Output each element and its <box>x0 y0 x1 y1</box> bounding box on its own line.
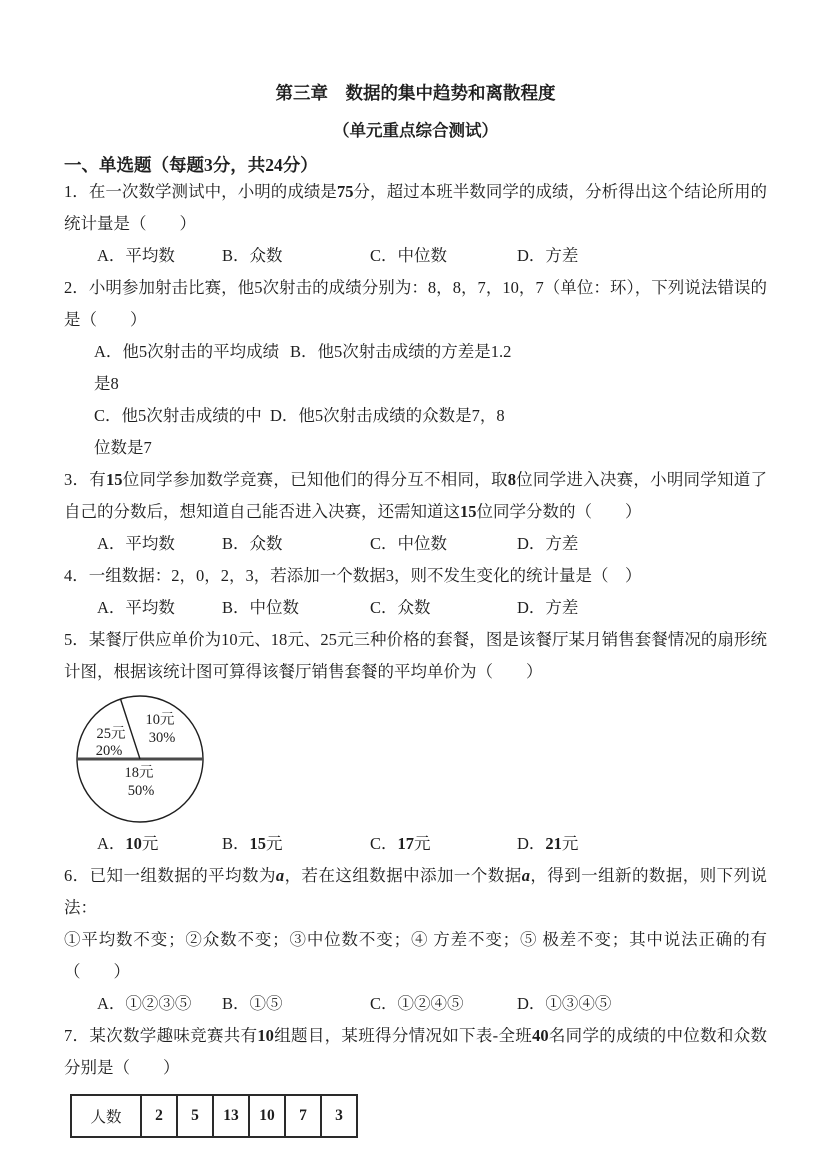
score-table-header-cell: 人数 <box>71 1095 141 1137</box>
question-2-options-row-2: C．他5次射击成绩的中位数是7 D．他5次射击成绩的众数是7，8 <box>64 400 767 464</box>
question-4-option-c: C．众数 <box>370 592 517 624</box>
score-table-cell-6: 3 <box>321 1095 357 1137</box>
score-table-cell-4: 10 <box>249 1095 285 1137</box>
pie-slice-18yuan-label: 18元 <box>125 764 155 781</box>
question-2-option-c: C．他5次射击成绩的中位数是7 <box>94 400 270 464</box>
pie-slice-25yuan-label: 25元 <box>97 725 127 742</box>
question-6-option-a: A．①②③⑤ <box>97 988 222 1020</box>
question-6: 6．已知一组数据的平均数为a，若在这组数据中添加一个数据a，得到一组新的数据，则… <box>64 860 767 1020</box>
document-subtitle: （单元重点综合测试） <box>64 121 767 141</box>
pie-chart-figure: 25元 20% 10元 30% 18元 50% <box>74 691 224 827</box>
pie-slice-10yuan-label: 10元 <box>146 711 176 728</box>
question-1: 1．在一次数学测试中，小明的成绩是75分，超过本班半数同学的成绩，分析得出这个结… <box>64 176 767 272</box>
question-1-option-d: D．方差 <box>517 240 767 272</box>
question-5-text: 5．某餐厅供应单价为10元、18元、25元三种价格的套餐，图是该餐厅某月销售套餐… <box>64 624 767 688</box>
question-1-option-a: A．平均数 <box>97 240 222 272</box>
question-4-text: 4．一组数据：2，0，2，3，若添加一个数据3，则不发生变化的统计量是（ ） <box>64 560 767 592</box>
score-table-cell-2: 5 <box>177 1095 213 1137</box>
question-1-options: A．平均数 B．众数 C．中位数 D．方差 <box>64 240 767 272</box>
score-table-cell-5: 7 <box>285 1095 321 1137</box>
question-7: 7．某次数学趣味竞赛共有10组题目，某班得分情况如下表-全班40名同学的成绩的中… <box>64 1020 767 1138</box>
section-heading: 一、单选题（每题3分，共24分） <box>64 154 767 176</box>
question-3: 3．有15位同学参加数学竞赛，已知他们的得分互不相同，取8位同学进入决赛，小明同… <box>64 464 767 560</box>
question-6-statements: ①平均数不变；②众数不变；③中位数不变；④ 方差不变；⑤ 极差不变；其中说法正确… <box>64 924 767 988</box>
question-5-option-b: B．15元 <box>222 828 370 860</box>
question-5: 5．某餐厅供应单价为10元、18元、25元三种价格的套餐，图是该餐厅某月销售套餐… <box>64 624 767 860</box>
pie-chart-svg: 25元 20% 10元 30% 18元 50% <box>74 691 224 827</box>
question-5-option-a: A．10元 <box>97 828 222 860</box>
question-3-option-a: A．平均数 <box>97 528 222 560</box>
question-4-option-d: D．方差 <box>517 592 767 624</box>
pie-slice-25yuan-percent: 20% <box>96 743 123 759</box>
question-6-option-c: C．①②④⑤ <box>370 988 517 1020</box>
test-paper-page: 第三章 数据的集中趋势和离散程度 （单元重点综合测试） 一、单选题（每题3分，共… <box>0 0 827 1138</box>
question-2-text: 2．小明参加射击比赛，他5次射击的成绩分别为：8，8，7，10，7（单位：环），… <box>64 272 767 336</box>
question-7-text: 7．某次数学趣味竞赛共有10组题目，某班得分情况如下表-全班40名同学的成绩的中… <box>64 1020 767 1084</box>
question-3-option-c: C．中位数 <box>370 528 517 560</box>
score-table-cell-3: 13 <box>213 1095 249 1137</box>
question-5-option-d: D．21元 <box>517 828 767 860</box>
question-3-option-d: D．方差 <box>517 528 767 560</box>
question-1-option-c: C．中位数 <box>370 240 517 272</box>
question-5-option-c: C．17元 <box>370 828 517 860</box>
question-5-options: A．10元 B．15元 C．17元 D．21元 <box>64 828 767 860</box>
question-3-option-b: B．众数 <box>222 528 370 560</box>
score-table-cell-1: 2 <box>141 1095 177 1137</box>
score-table: 人数 2 5 13 10 7 3 <box>70 1094 358 1138</box>
question-1-text: 1．在一次数学测试中，小明的成绩是75分，超过本班半数同学的成绩，分析得出这个结… <box>64 176 767 240</box>
pie-slice-10yuan-percent: 30% <box>149 730 176 746</box>
question-3-text: 3．有15位同学参加数学竞赛，已知他们的得分互不相同，取8位同学进入决赛，小明同… <box>64 464 767 528</box>
question-4: 4．一组数据：2，0，2，3，若添加一个数据3，则不发生变化的统计量是（ ） A… <box>64 560 767 624</box>
question-6-option-b: B．①⑤ <box>222 988 370 1020</box>
question-6-option-d: D．①③④⑤ <box>517 988 767 1020</box>
question-6-options: A．①②③⑤ B．①⑤ C．①②④⑤ D．①③④⑤ <box>64 988 767 1020</box>
question-4-options: A．平均数 B．中位数 C．众数 D．方差 <box>64 592 767 624</box>
question-1-option-b: B．众数 <box>222 240 370 272</box>
question-2-option-d: D．他5次射击成绩的众数是7，8 <box>270 400 767 464</box>
question-2-option-a: A．他5次射击的平均成绩是8 <box>94 336 290 400</box>
document-title: 第三章 数据的集中趋势和离散程度 <box>64 82 767 104</box>
question-4-option-b: B．中位数 <box>222 592 370 624</box>
score-table-row: 人数 2 5 13 10 7 3 <box>71 1095 357 1137</box>
question-3-options: A．平均数 B．众数 C．中位数 D．方差 <box>64 528 767 560</box>
question-4-option-a: A．平均数 <box>97 592 222 624</box>
question-2-options-row-1: A．他5次射击的平均成绩是8 B．他5次射击成绩的方差是1.2 <box>64 336 767 400</box>
pie-slice-18yuan-percent: 50% <box>128 783 155 799</box>
question-2-option-b: B．他5次射击成绩的方差是1.2 <box>290 336 767 400</box>
question-2: 2．小明参加射击比赛，他5次射击的成绩分别为：8，8，7，10，7（单位：环），… <box>64 272 767 464</box>
question-6-text: 6．已知一组数据的平均数为a，若在这组数据中添加一个数据a，得到一组新的数据，则… <box>64 860 767 924</box>
